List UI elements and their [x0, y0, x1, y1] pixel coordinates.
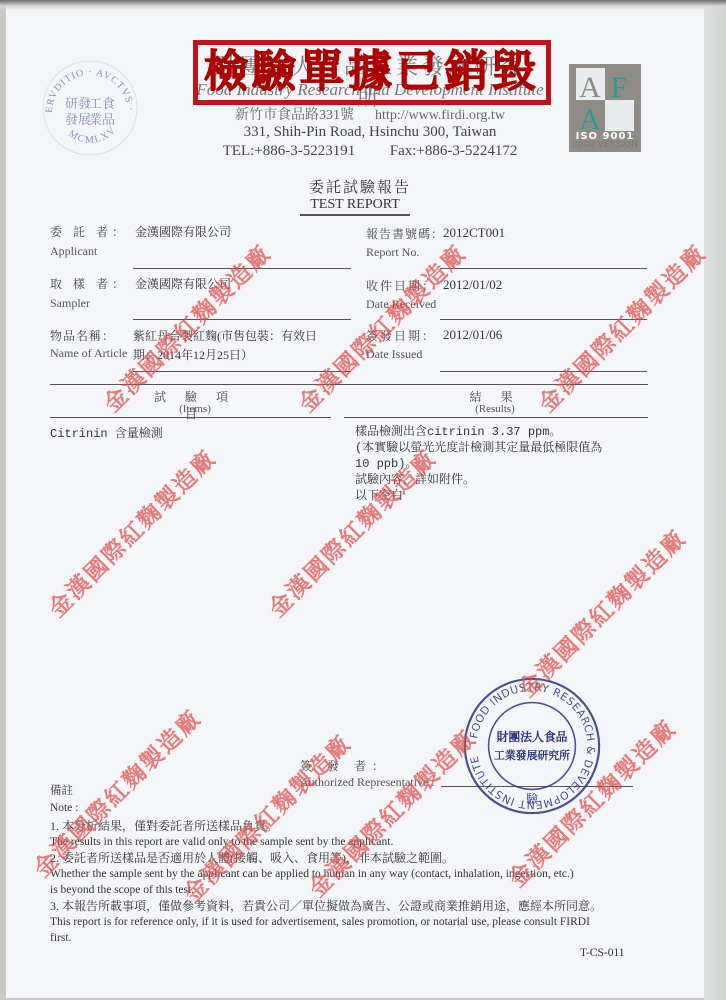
results-header-rule — [344, 417, 648, 418]
article-value-line1: 紫紅丹台製紅麴(市售包裝：有效日 — [133, 327, 317, 344]
signature-label-cn: 簽 發 者： — [300, 757, 390, 774]
address-cn: 新竹市食品路331號 — [235, 108, 354, 123]
report-title-cn: 委託試驗報告 — [280, 176, 440, 197]
sampler-label-cn: 取 樣 者： — [50, 275, 128, 292]
note-item-3-en-cont: first. — [50, 930, 690, 946]
date-issued-label-en: Date Issued — [366, 347, 422, 362]
svg-text:研發: 研發 — [65, 97, 91, 112]
svg-text:Q: Q — [608, 103, 630, 132]
article-label-cn: 物品名稱： — [50, 327, 115, 344]
report-title-en: TEST REPORT — [300, 197, 410, 216]
institute-logo-seal: ERVDITIO · AVCTVS · INITVM MCMLXV 研發 工食 … — [40, 58, 140, 158]
field-underline — [440, 319, 647, 320]
tel-number: TEL:+886-3-5223191 — [223, 143, 356, 159]
notes-title-en: Note : — [50, 800, 78, 816]
svg-text:工業發展研究所: 工業發展研究所 — [494, 748, 570, 762]
afaq-letters-icon: A F A Q — [576, 68, 634, 132]
date-received-value: 2012/01/02 — [443, 277, 502, 293]
field-underline — [440, 268, 647, 269]
date-received-label-cn: 收件日期： — [366, 277, 436, 294]
website-link: http://www.firdi.org.tw — [375, 108, 505, 123]
note-item-1-en: The results in this report are valid onl… — [50, 834, 690, 850]
afaq-cert-logo: A F A Q ISO 9001 — [569, 64, 641, 152]
org-address-en: 331, Shih-Pin Road, Hsinchu 300, Taiwan — [200, 124, 540, 141]
note-item-2-cn: 2. 委託者所送樣品是否適用於人體(接觸、吸入、食用等)，非本試驗之範圍。 — [50, 850, 690, 866]
svg-text:財團法人食品: 財團法人食品 — [497, 730, 568, 744]
field-underline — [133, 319, 351, 320]
result-line: 樣品檢測出含citrinin 3.37 ppm。 — [355, 424, 602, 440]
org-contact: TEL:+886-3-5223191 Fax:+886-3-5224172 — [200, 143, 540, 160]
article-label-en: Name of Article — [50, 346, 127, 361]
article-value-line2: 期：2014年12月25日） — [133, 346, 253, 363]
org-address-cn: 新竹市食品路331號 http://www.firdi.org.tw — [200, 104, 540, 124]
field-underline — [440, 371, 647, 372]
note-item-2-en: Whether the sample sent by the applicant… — [50, 866, 690, 882]
form-code: T-CS-011 — [580, 945, 625, 961]
test-item: Citrinin 含量檢測 — [50, 424, 163, 441]
date-received-label-en: Date Received — [366, 297, 436, 312]
report-no-value: 2012CT001 — [443, 225, 505, 241]
official-seal-stamp: FOOD INDUSTRY RESEARCH & DEVELOPMENT INS… — [458, 672, 606, 820]
signature-label-en: Authorized Representative : — [300, 775, 435, 790]
date-issued-value: 2012/01/06 — [443, 327, 502, 343]
sampler-label-en: Sampler — [50, 296, 90, 311]
iso-version: 2000 VERSION — [565, 140, 645, 150]
note-item-3-en: This report is for reference only, if it… — [50, 914, 690, 930]
svg-text:A: A — [579, 71, 601, 104]
items-header-en: (Items) — [140, 403, 250, 415]
scan-edge — [704, 0, 726, 1000]
destroyed-stamp-text: 檢驗單據已銷毀 — [195, 44, 549, 100]
svg-text:A: A — [579, 103, 601, 132]
applicant-label-en: Applicant — [50, 244, 97, 259]
svg-text:F: F — [611, 71, 628, 104]
result-line: (本實驗以螢光光度計檢測其定量最低極限值為 — [355, 440, 602, 456]
svg-text:工食: 工食 — [89, 97, 115, 112]
notes-list: 1. 本分析結果，僅對委託者所送樣品負責。 The results in thi… — [50, 818, 690, 946]
result-line: 以下空白 — [355, 488, 602, 504]
applicant-value: 金漢國際有限公司 — [135, 223, 231, 240]
result-line: 10 ppb)。 — [355, 456, 602, 472]
note-item-2-en-cont: is beyond the scope of this test. — [50, 882, 690, 898]
fax-number: Fax:+886-3-5224172 — [390, 143, 518, 159]
svg-text:業品: 業品 — [89, 112, 115, 128]
field-underline — [133, 371, 351, 372]
items-header-rule — [50, 417, 331, 418]
svg-text:驗: 驗 — [525, 792, 538, 806]
report-no-label-cn: 報告書號碼： — [366, 225, 444, 242]
notes-title-cn: 備註 — [50, 783, 73, 799]
svg-text:發展: 發展 — [65, 113, 91, 128]
date-issued-label-cn: 簽發日期： — [366, 327, 436, 344]
field-underline — [133, 268, 351, 269]
results-header-en: (Results) — [440, 403, 550, 415]
note-item-3-cn: 3. 本報告所載事項，僅做參考資料，若貴公司／單位擬做為廣告、公證或商業推銷用途… — [50, 898, 690, 914]
report-no-label-en: Report No. — [366, 245, 419, 260]
note-item-1-cn: 1. 本分析結果，僅對委託者所送樣品負責。 — [50, 818, 690, 834]
result-line: 試驗內容，詳如附件。 — [355, 472, 602, 488]
test-result: 樣品檢測出含citrinin 3.37 ppm。 (本實驗以螢光光度計檢測其定量… — [355, 424, 602, 504]
table-top-rule — [50, 384, 648, 385]
applicant-label-cn: 委 託 者： — [50, 223, 128, 240]
sampler-value: 金漢國際有限公司 — [135, 275, 231, 292]
scan-shadow — [0, 0, 726, 10]
